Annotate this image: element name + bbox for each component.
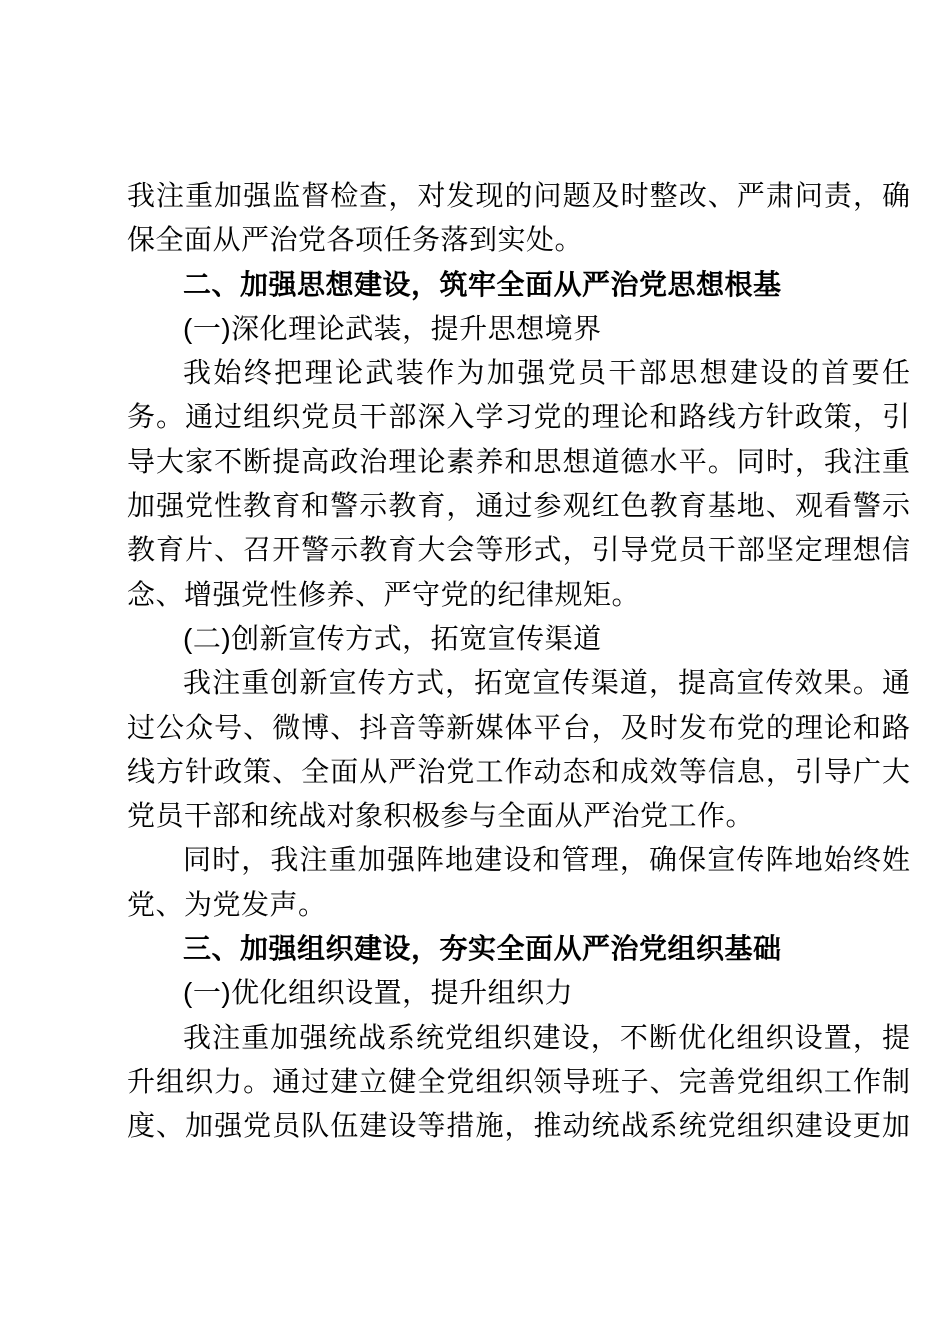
text-line: 升组织力。通过建立健全党组织领导班子、完善党组织工作制 [127,1060,910,1104]
text-line: 过公众号、微博、抖音等新媒体平台，及时发布党的理论和路 [127,706,910,750]
heading-line: 二、加强思想建设，筑牢全面从严治党思想根基 [127,263,910,307]
text-line: 我始终把理论武装作为加强党员干部思想建设的首要任 [127,351,910,395]
text-line: 念、增强党性修养、严守党的纪律规矩。 [127,573,910,617]
text-line: 我注重加强统战系统党组织建设，不断优化组织设置，提 [127,1016,910,1060]
text-lines: 我注重加强监督检查，对发现的问题及时整改、严肃问责，确保全面从严治党各项任务落到… [127,174,910,1149]
text-line: 务。通过组织党员干部深入学习党的理论和路线方针政策，引 [127,395,910,439]
text-line: 教育片、召开警示教育大会等形式，引导党员干部坚定理想信 [127,528,910,572]
text-line: (二)创新宣传方式，拓宽宣传渠道 [127,617,910,661]
text-line: 党、为党发声。 [127,883,910,927]
text-line: 党员干部和统战对象积极参与全面从严治党工作。 [127,794,910,838]
text-line: 导大家不断提高政治理论素养和思想道德水平。同时，我注重 [127,440,910,484]
text-line: 加强党性教育和警示教育，通过参观红色教育基地、观看警示 [127,484,910,528]
text-line: (一)深化理论武装，提升思想境界 [127,307,910,351]
text-line: 线方针政策、全面从严治党工作动态和成效等信息，引导广大 [127,750,910,794]
text-line: 度、加强党员队伍建设等措施，推动统战系统党组织建设更加 [127,1104,910,1148]
text-line: 我注重创新宣传方式，拓宽宣传渠道，提高宣传效果。通 [127,661,910,705]
heading-line: 三、加强组织建设，夯实全面从严治党组织基础 [127,927,910,971]
text-line: 保全面从严治党各项任务落到实处。 [127,218,910,262]
text-line: (一)优化组织设置，提升组织力 [127,971,910,1015]
text-line: 同时，我注重加强阵地建设和管理，确保宣传阵地始终姓 [127,838,910,882]
document-page: 我注重加强监督检查，对发现的问题及时整改、严肃问责，确保全面从严治党各项任务落到… [0,0,950,1344]
text-line: 我注重加强监督检查，对发现的问题及时整改、严肃问责，确 [127,174,910,218]
